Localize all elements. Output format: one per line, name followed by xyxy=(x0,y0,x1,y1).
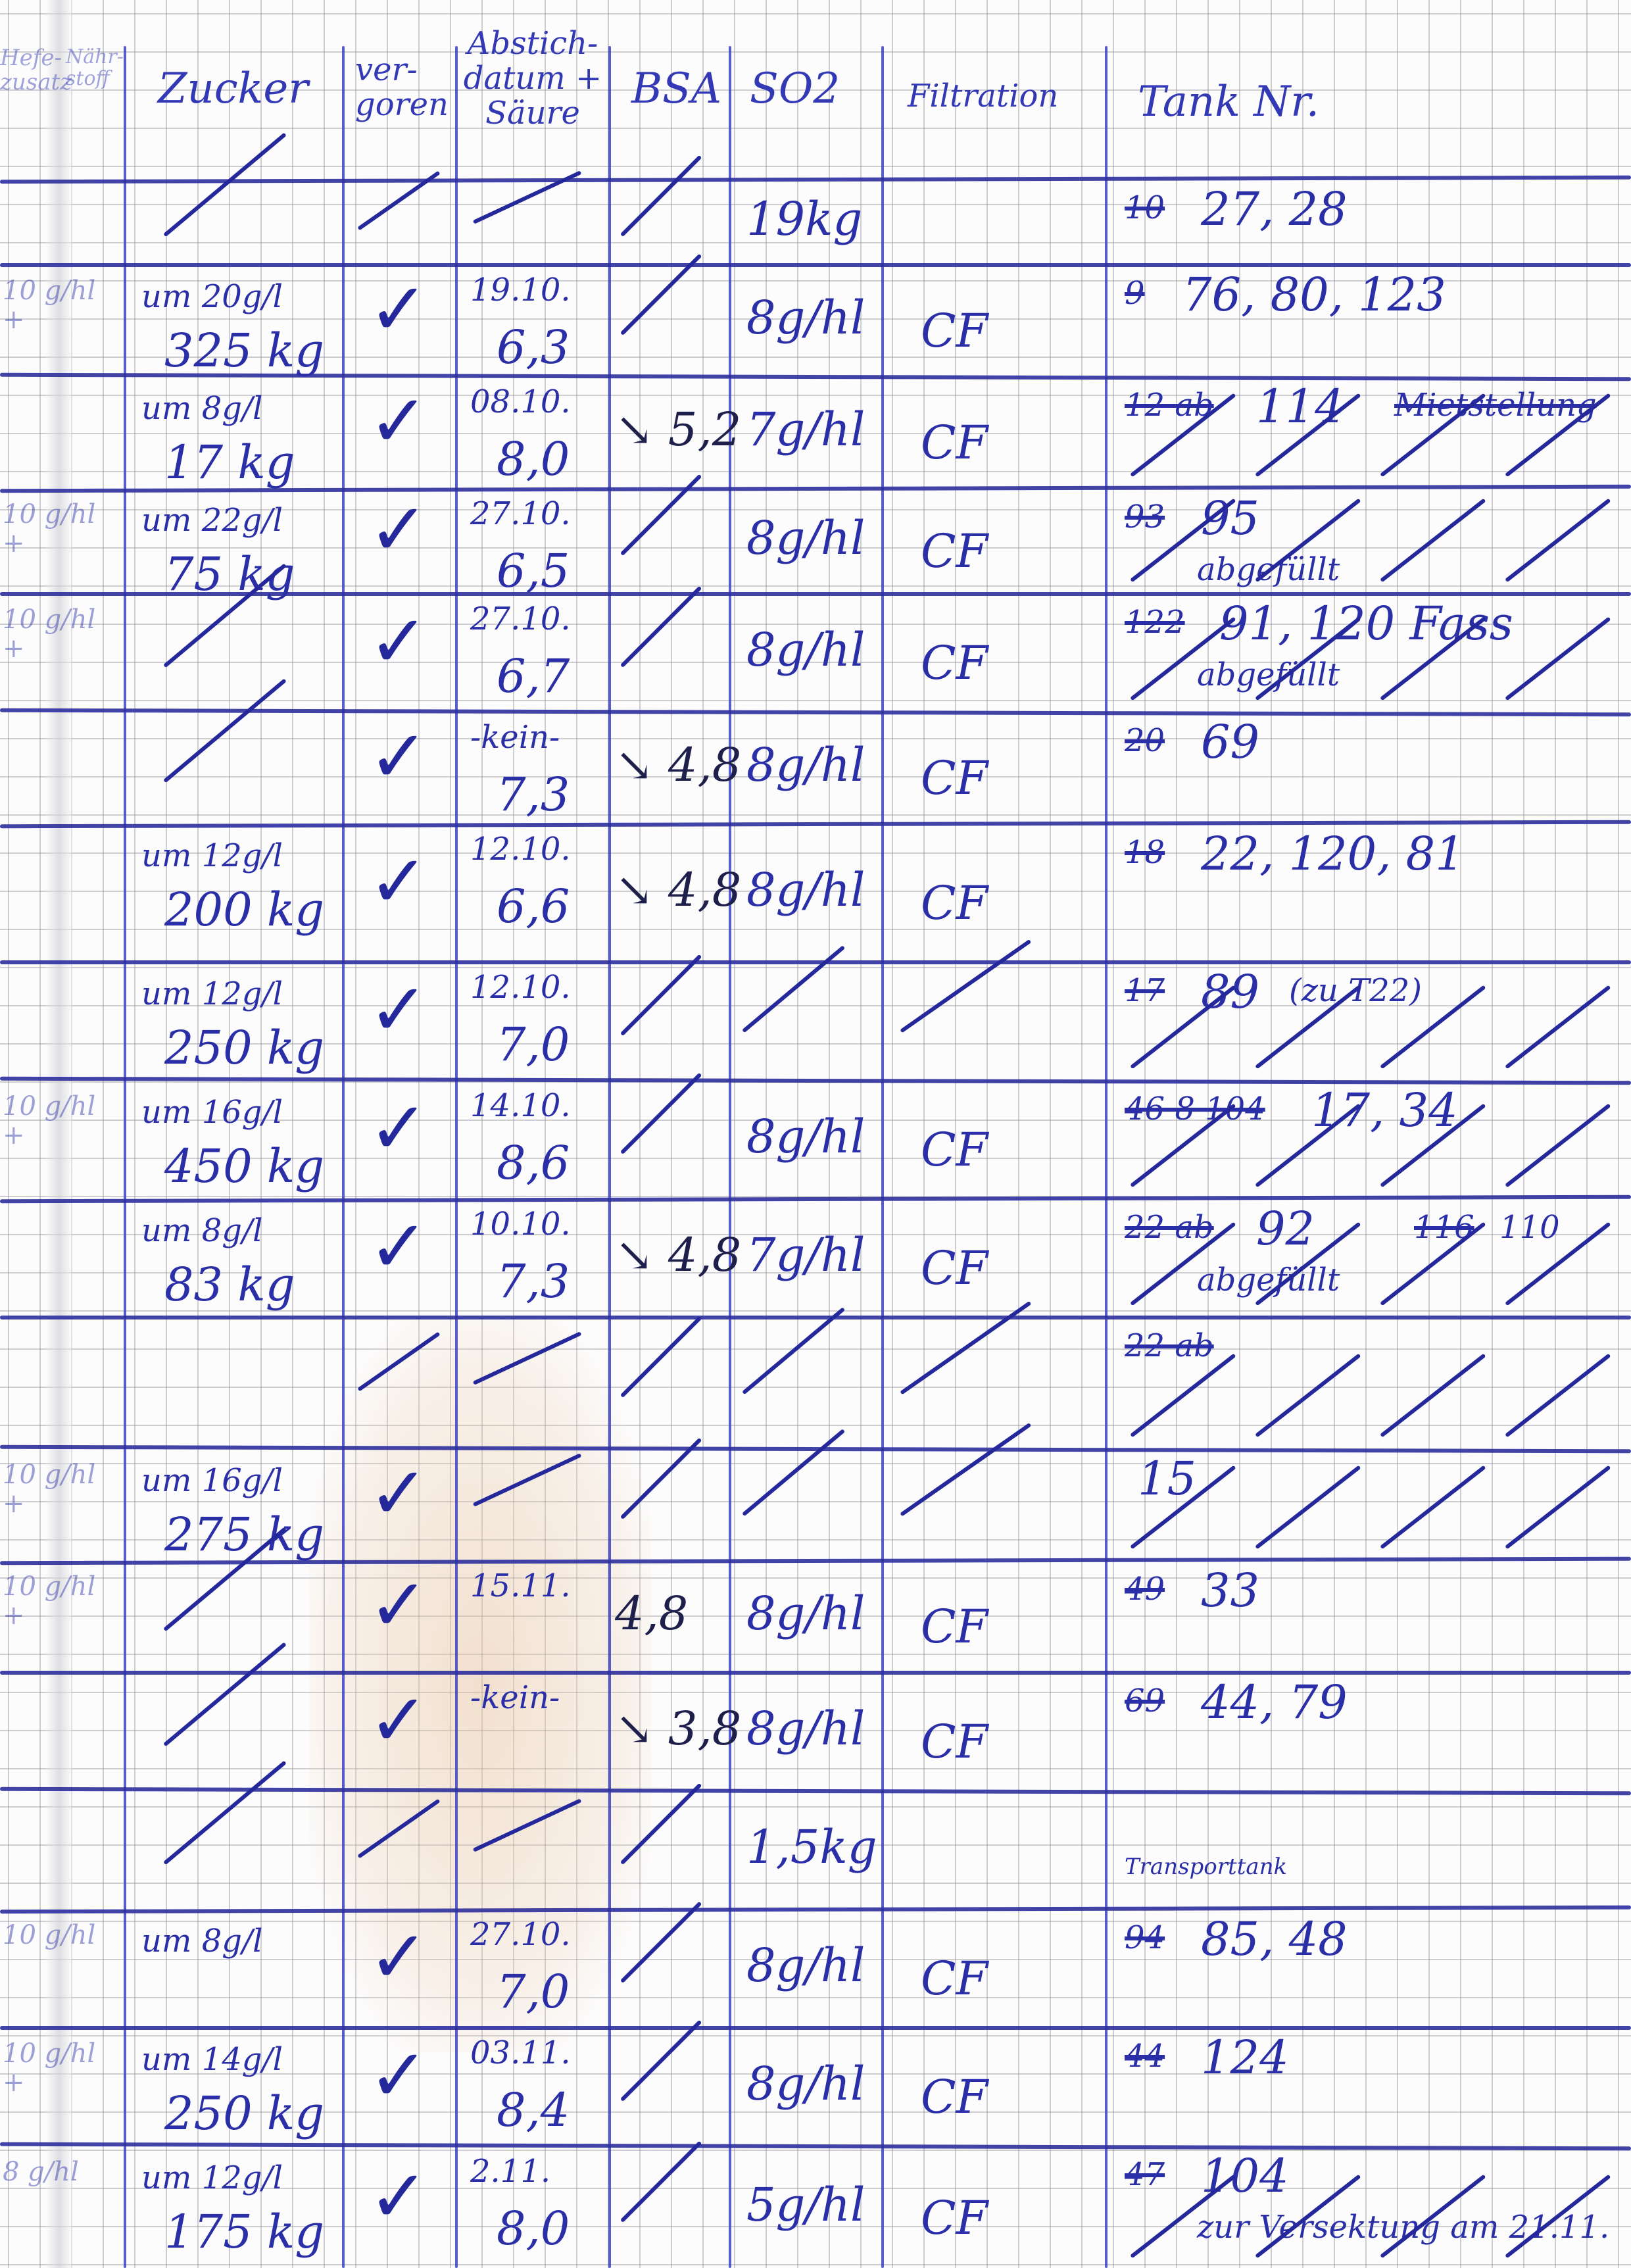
column-divider-margin xyxy=(124,46,126,2268)
abstich-acid: 6,5 xyxy=(497,546,570,597)
tank-number: 22, 120, 81 xyxy=(1201,829,1465,879)
column-divider-so2 xyxy=(881,46,884,2268)
tank-old-number: 93 xyxy=(1125,500,1165,535)
zucker-kg: 83 kg xyxy=(164,1260,295,1310)
header-bsa: BSA xyxy=(631,66,721,112)
tank-old-number: 18 xyxy=(1125,835,1165,870)
so2-value: 8g/hl xyxy=(746,293,865,343)
abstich-date: 27.10. xyxy=(470,497,571,531)
header-vergoren: ver-goren xyxy=(355,53,447,122)
tank-number: 114 xyxy=(1256,382,1344,432)
abstich-date: -kein- xyxy=(470,1681,560,1715)
header-so2: SO2 xyxy=(750,66,840,112)
abstich-acid: 8,0 xyxy=(497,434,570,485)
tank-old-number: 9 xyxy=(1125,276,1145,311)
abstich-date: 15.11. xyxy=(470,1569,571,1604)
margin-note: 10 g/hl + xyxy=(3,1572,121,1630)
so2-value: 8g/hl xyxy=(746,1112,865,1162)
tank-old-number: 20 xyxy=(1125,724,1165,758)
margin-note: 10 g/hl + xyxy=(3,1092,121,1150)
tank-number: 15 xyxy=(1138,1454,1196,1504)
tank-number: 69 xyxy=(1201,717,1259,768)
so2-value: 8g/hl xyxy=(746,1704,865,1754)
abstich-acid: 7,3 xyxy=(497,1256,570,1307)
row-divider xyxy=(0,1316,1631,1319)
header-margin-col1: Hefe-zusatz xyxy=(0,46,59,95)
tank-old-number: 10 xyxy=(1125,191,1165,226)
zucker-value: um 8g/l xyxy=(141,1924,262,1959)
tank-old-number: 69 xyxy=(1125,1684,1165,1719)
tank-number: 91, 120 Fass xyxy=(1219,599,1513,649)
tank-number: 85, 48 xyxy=(1201,1914,1348,1965)
column-divider-bsa xyxy=(729,46,731,2268)
so2-value: 8g/hl xyxy=(746,865,865,916)
tank-number: 124 xyxy=(1201,2033,1289,2083)
check-icon: ✓ xyxy=(368,842,429,922)
filtration-value: CF xyxy=(921,753,988,804)
margin-note: 10 g/hl xyxy=(3,1921,121,1950)
header-tank: Tank Nr. xyxy=(1138,79,1319,125)
check-icon: ✓ xyxy=(368,2036,429,2115)
check-icon: ✓ xyxy=(368,490,429,570)
filtration-value: CF xyxy=(921,638,988,689)
zucker-value: um 14g/l xyxy=(141,2042,283,2077)
zucker-kg: 275 kg xyxy=(164,1510,324,1560)
abstich-acid: 6,3 xyxy=(497,322,570,373)
tank-note: Transporttank xyxy=(1125,1855,1287,1879)
check-icon: ✓ xyxy=(368,717,429,797)
abstich-date: 08.10. xyxy=(470,385,571,420)
check-icon: ✓ xyxy=(368,382,429,461)
tank-number: 17, 34 xyxy=(1311,1085,1458,1136)
check-icon: ✓ xyxy=(368,1089,429,1168)
margin-note: 8 g/hl xyxy=(3,2157,121,2186)
tank-number: 44, 79 xyxy=(1201,1677,1348,1728)
tank-old-number: 49 xyxy=(1125,1572,1165,1607)
abstich-acid: 8,4 xyxy=(497,2085,570,2136)
tank-old-number: 47 xyxy=(1125,2157,1165,2192)
tank-old-number: 122 xyxy=(1125,605,1185,640)
tank-note: Mietstellung xyxy=(1394,388,1597,423)
so2-value: 5g/hl xyxy=(746,2180,865,2231)
row-divider xyxy=(0,2026,1631,2030)
tank-number: 76, 80, 123 xyxy=(1182,270,1446,320)
margin-note: 10 g/hl + xyxy=(3,500,121,558)
tank-number: 33 xyxy=(1201,1565,1259,1616)
abstich-acid: 8,6 xyxy=(497,1138,570,1189)
column-divider-vergoren xyxy=(455,46,458,2268)
filtration-value: CF xyxy=(921,1243,988,1294)
zucker-value: um 8g/l xyxy=(141,391,262,426)
margin-note: 10 g/hl + xyxy=(3,276,121,334)
bsa-value: ↘ 5,2 xyxy=(615,405,741,455)
tank-old-number: 94 xyxy=(1125,1921,1165,1956)
check-icon: ✓ xyxy=(368,1565,429,1645)
abstich-acid: 6,7 xyxy=(497,651,570,702)
so2-value: 1,5kg xyxy=(746,1822,877,1873)
so2-value: 8g/hl xyxy=(746,513,865,564)
bsa-value: ↘ 4,8 xyxy=(615,1230,741,1281)
zucker-kg: 250 kg xyxy=(164,1023,324,1073)
filtration-value: CF xyxy=(921,1954,988,2004)
header-zucker: Zucker xyxy=(158,66,308,112)
column-divider-zucker xyxy=(342,46,345,2268)
tank-old-number: 17 xyxy=(1125,974,1165,1008)
check-icon: ✓ xyxy=(368,270,429,349)
tank-old-number: 22 ab xyxy=(1125,1210,1214,1245)
zucker-value: um 22g/l xyxy=(141,503,283,538)
tank-old-number: 22 ab xyxy=(1125,1329,1214,1364)
filtration-value: CF xyxy=(921,418,988,468)
row-divider xyxy=(0,960,1631,964)
tank-old-number: 44 xyxy=(1125,2039,1165,2074)
abstich-acid: 6,6 xyxy=(497,881,570,932)
column-divider-abstich xyxy=(608,46,611,2268)
tank-old-number: 46 8 104 xyxy=(1125,1092,1265,1127)
zucker-value: um 12g/l xyxy=(141,839,283,874)
header-filtration: Filtration xyxy=(908,79,1058,114)
abstich-date: 10.10. xyxy=(470,1207,571,1242)
so2-value: 8g/hl xyxy=(746,1940,865,1991)
filtration-value: CF xyxy=(921,526,988,577)
check-icon: ✓ xyxy=(368,1681,429,1760)
check-icon: ✓ xyxy=(368,1454,429,1533)
filtration-value: CF xyxy=(921,2072,988,2123)
bsa-value: ↘ 4,8 xyxy=(615,740,741,791)
so2-value: 8g/hl xyxy=(746,1589,865,1639)
header-abstich: Abstich-datum + Säure xyxy=(460,26,605,130)
zucker-value: um 16g/l xyxy=(141,1095,283,1130)
abstich-date: 2.11. xyxy=(470,2154,550,2189)
bsa-value: ↘ 3,8 xyxy=(615,1704,741,1754)
zucker-kg: 200 kg xyxy=(164,885,324,935)
so2-value: 8g/hl xyxy=(746,740,865,791)
tank-extra: 110 xyxy=(1499,1210,1560,1245)
abstich-date: 27.10. xyxy=(470,1917,571,1952)
row-divider xyxy=(0,263,1631,267)
abstich-date: 27.10. xyxy=(470,602,571,637)
abstich-acid: 7,0 xyxy=(497,1020,570,1070)
so2-value: 7g/hl xyxy=(746,1230,865,1281)
filtration-value: CF xyxy=(921,1125,988,1175)
filtration-value: CF xyxy=(921,878,988,929)
zucker-value: um 12g/l xyxy=(141,2161,283,2196)
check-icon: ✓ xyxy=(368,2157,429,2236)
so2-value: 19kg xyxy=(746,194,862,245)
check-icon: ✓ xyxy=(368,970,429,1050)
header-margin-col2: Nähr-stoff xyxy=(66,46,118,89)
check-icon: ✓ xyxy=(368,602,429,681)
filtration-value: CF xyxy=(921,2193,988,2244)
abstich-acid: 7,0 xyxy=(497,1967,570,2017)
check-icon: ✓ xyxy=(368,1207,429,1287)
abstich-acid: 7,3 xyxy=(497,770,570,820)
filtration-value: CF xyxy=(921,1602,988,1652)
abstich-date: -kein- xyxy=(470,720,560,755)
so2-value: 7g/hl xyxy=(746,405,865,455)
abstich-date: 12.10. xyxy=(470,970,571,1005)
tank-old-number: 12 ab xyxy=(1125,388,1214,423)
zucker-kg: 17 kg xyxy=(164,437,295,488)
zucker-kg: 325 kg xyxy=(164,326,324,376)
zucker-kg: 175 kg xyxy=(164,2207,324,2257)
filtration-value: CF xyxy=(921,306,988,357)
zucker-value: um 20g/l xyxy=(141,280,283,314)
zucker-value: um 12g/l xyxy=(141,977,283,1012)
abstich-date: 03.11. xyxy=(470,2036,571,2071)
abstich-date: 14.10. xyxy=(470,1089,571,1123)
so2-value: 8g/hl xyxy=(746,625,865,676)
zucker-kg: 450 kg xyxy=(164,1141,324,1192)
zucker-value: um 8g/l xyxy=(141,1214,262,1248)
tank-number: 92 xyxy=(1256,1204,1315,1254)
tank-number: 27, 28 xyxy=(1201,184,1348,235)
margin-note: 10 g/hl + xyxy=(3,2039,121,2097)
margin-note: 10 g/hl + xyxy=(3,1460,121,1518)
zucker-value: um 16g/l xyxy=(141,1464,283,1498)
abstich-acid: 8,0 xyxy=(497,2204,570,2254)
margin-note: 10 g/hl + xyxy=(3,605,121,663)
so2-value: 8g/hl xyxy=(746,2059,865,2109)
zucker-kg: 250 kg xyxy=(164,2088,324,2139)
bsa-value: 4,8 xyxy=(615,1589,688,1639)
abstich-date: 19.10. xyxy=(470,273,571,308)
check-icon: ✓ xyxy=(368,1917,429,1997)
filtration-value: CF xyxy=(921,1717,988,1767)
abstich-date: 12.10. xyxy=(470,832,571,867)
bsa-value: ↘ 4,8 xyxy=(615,865,741,916)
